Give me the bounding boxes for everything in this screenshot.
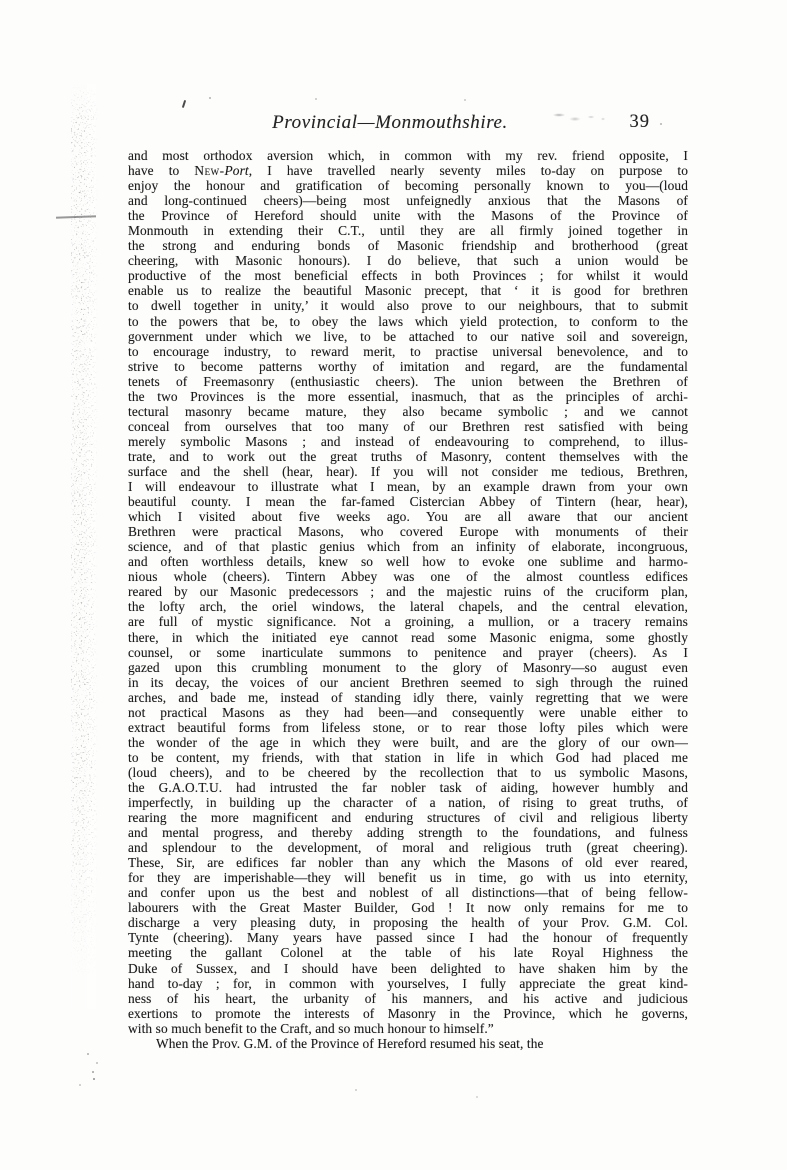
text-line: surface and the shell (hear, hear). If y… <box>128 464 688 479</box>
body-text: and most orthodox aversion which, in com… <box>128 148 688 1051</box>
text-line: imperfectly, in building up the characte… <box>128 795 688 810</box>
text-line: and confer upon us the best and noblest … <box>128 885 688 900</box>
text-line: labourers with the Great Master Builder,… <box>128 900 688 915</box>
text-line: discharge a very pleasing duty, in propo… <box>128 915 688 930</box>
scan-noise-fade <box>71 84 98 1009</box>
text-line: (loud cheers), and to be cheered by the … <box>128 765 688 780</box>
text-line: trate, and to work out the great truths … <box>128 449 688 464</box>
text-line: have to New-Port, I have travelled nearl… <box>128 163 688 178</box>
text-line: enjoy the honour and gratification of be… <box>128 178 688 193</box>
text-line: conceal from ourselves that too many of … <box>128 419 688 434</box>
text-line: are full of mystic significance. Not a g… <box>128 614 688 629</box>
text-line: merely symbolic Masons ; and instead of … <box>128 434 688 449</box>
text-line: hand to-day ; for, in common with yourse… <box>128 976 688 991</box>
text-line: and splendour to the development, of mor… <box>128 840 688 855</box>
text-line: Monmouth in extending their C.T., until … <box>128 223 688 238</box>
scanned-document-page: Provincial—Monmouthshire. 39 and most or… <box>0 0 787 1170</box>
text-line: tenets of Freemasonry (enthusiastic chee… <box>128 374 688 389</box>
text-line: in its decay, the voices of our ancient … <box>128 675 688 690</box>
page-number: 39 <box>630 112 651 133</box>
text-line: counsel, or some inarticulate summons to… <box>128 645 688 660</box>
text-line: with so much benefit to the Craft, and s… <box>128 1021 688 1036</box>
page-header: Provincial—Monmouthshire. 39 <box>128 112 688 136</box>
text-line: When the Prov. G.M. of the Province of H… <box>128 1036 688 1051</box>
text-line: the G.A.O.T.U. had intrusted the far nob… <box>128 780 688 795</box>
text-line: the two Provinces is the more essential,… <box>128 389 688 404</box>
ink-fleck <box>182 100 187 108</box>
text-line: to the powers that be, to obey the laws … <box>128 314 688 329</box>
text-line: and mental progress, and thereby adding … <box>128 825 688 840</box>
text-line: Duke of Sussex, and I should have been d… <box>128 961 688 976</box>
paragraph: and most orthodox aversion which, in com… <box>128 148 688 1036</box>
text-line: Brethren were practical Masons, who cove… <box>128 524 688 539</box>
text-line: gazed upon this crumbling monument to th… <box>128 660 688 675</box>
text-line: which I visited about five weeks ago. Yo… <box>128 509 688 524</box>
running-head-title: Provincial—Monmouthshire. <box>110 112 670 134</box>
text-line: meeting the gallant Colonel at the table… <box>128 945 688 960</box>
text-line: and most orthodox aversion which, in com… <box>128 148 688 163</box>
text-line: for they are imperishable—they will bene… <box>128 870 688 885</box>
text-line: ness of his heart, the urbanity of his m… <box>128 991 688 1006</box>
text-line: there, in which the initiated eye cannot… <box>128 630 688 645</box>
text-line: enable us to realize the beautiful Mason… <box>128 283 688 298</box>
text-line: productive of the most beneficial effect… <box>128 268 688 283</box>
paragraph: When the Prov. G.M. of the Province of H… <box>128 1036 688 1051</box>
text-line: These, Sir, are edifices far nobler than… <box>128 855 688 870</box>
text-line: extract beautiful forms from lifeless st… <box>128 720 688 735</box>
text-line: science, and of that plastic genius whic… <box>128 539 688 554</box>
text-line: the strong and enduring bonds of Masonic… <box>128 238 688 253</box>
text-line: and often worthless details, knew so wel… <box>128 554 688 569</box>
text-line: government under which we live, to be at… <box>128 329 688 344</box>
text-line: strive to become patterns worthy of imit… <box>128 359 688 374</box>
text-line: to dwell together in unity,’ it would al… <box>128 298 688 313</box>
text-line: the lofty arch, the oriel windows, the l… <box>128 599 688 614</box>
text-line: cheering, with Masonic honours). I do be… <box>128 253 688 268</box>
text-line: nious whole (cheers). Tintern Abbey was … <box>128 569 688 584</box>
text-line: reared by our Masonic predecessors ; and… <box>128 584 688 599</box>
text-line: to encourage industry, to reward merit, … <box>128 344 688 359</box>
text-line: the wonder of the age in which they were… <box>128 735 688 750</box>
text-line: I will endeavour to illustrate what I me… <box>128 479 688 494</box>
text-line: Tynte (cheering). Many years have passed… <box>128 930 688 945</box>
text-line: arches, and bade me, instead of standing… <box>128 690 688 705</box>
text-line: beautiful county. I mean the far-famed C… <box>128 494 688 509</box>
text-line: exertions to promote the interests of Ma… <box>128 1006 688 1021</box>
text-line: and long-continued cheers)—being most un… <box>128 193 688 208</box>
text-line: to be content, my friends, with that sta… <box>128 750 688 765</box>
text-line: rearing the more magnificent and endurin… <box>128 810 688 825</box>
text-line: tectural masonry became mature, they als… <box>128 404 688 419</box>
text-line: the Province of Hereford should unite wi… <box>128 208 688 223</box>
text-line: not practical Masons as they had been—an… <box>128 705 688 720</box>
dust-specks <box>0 0 2 2</box>
